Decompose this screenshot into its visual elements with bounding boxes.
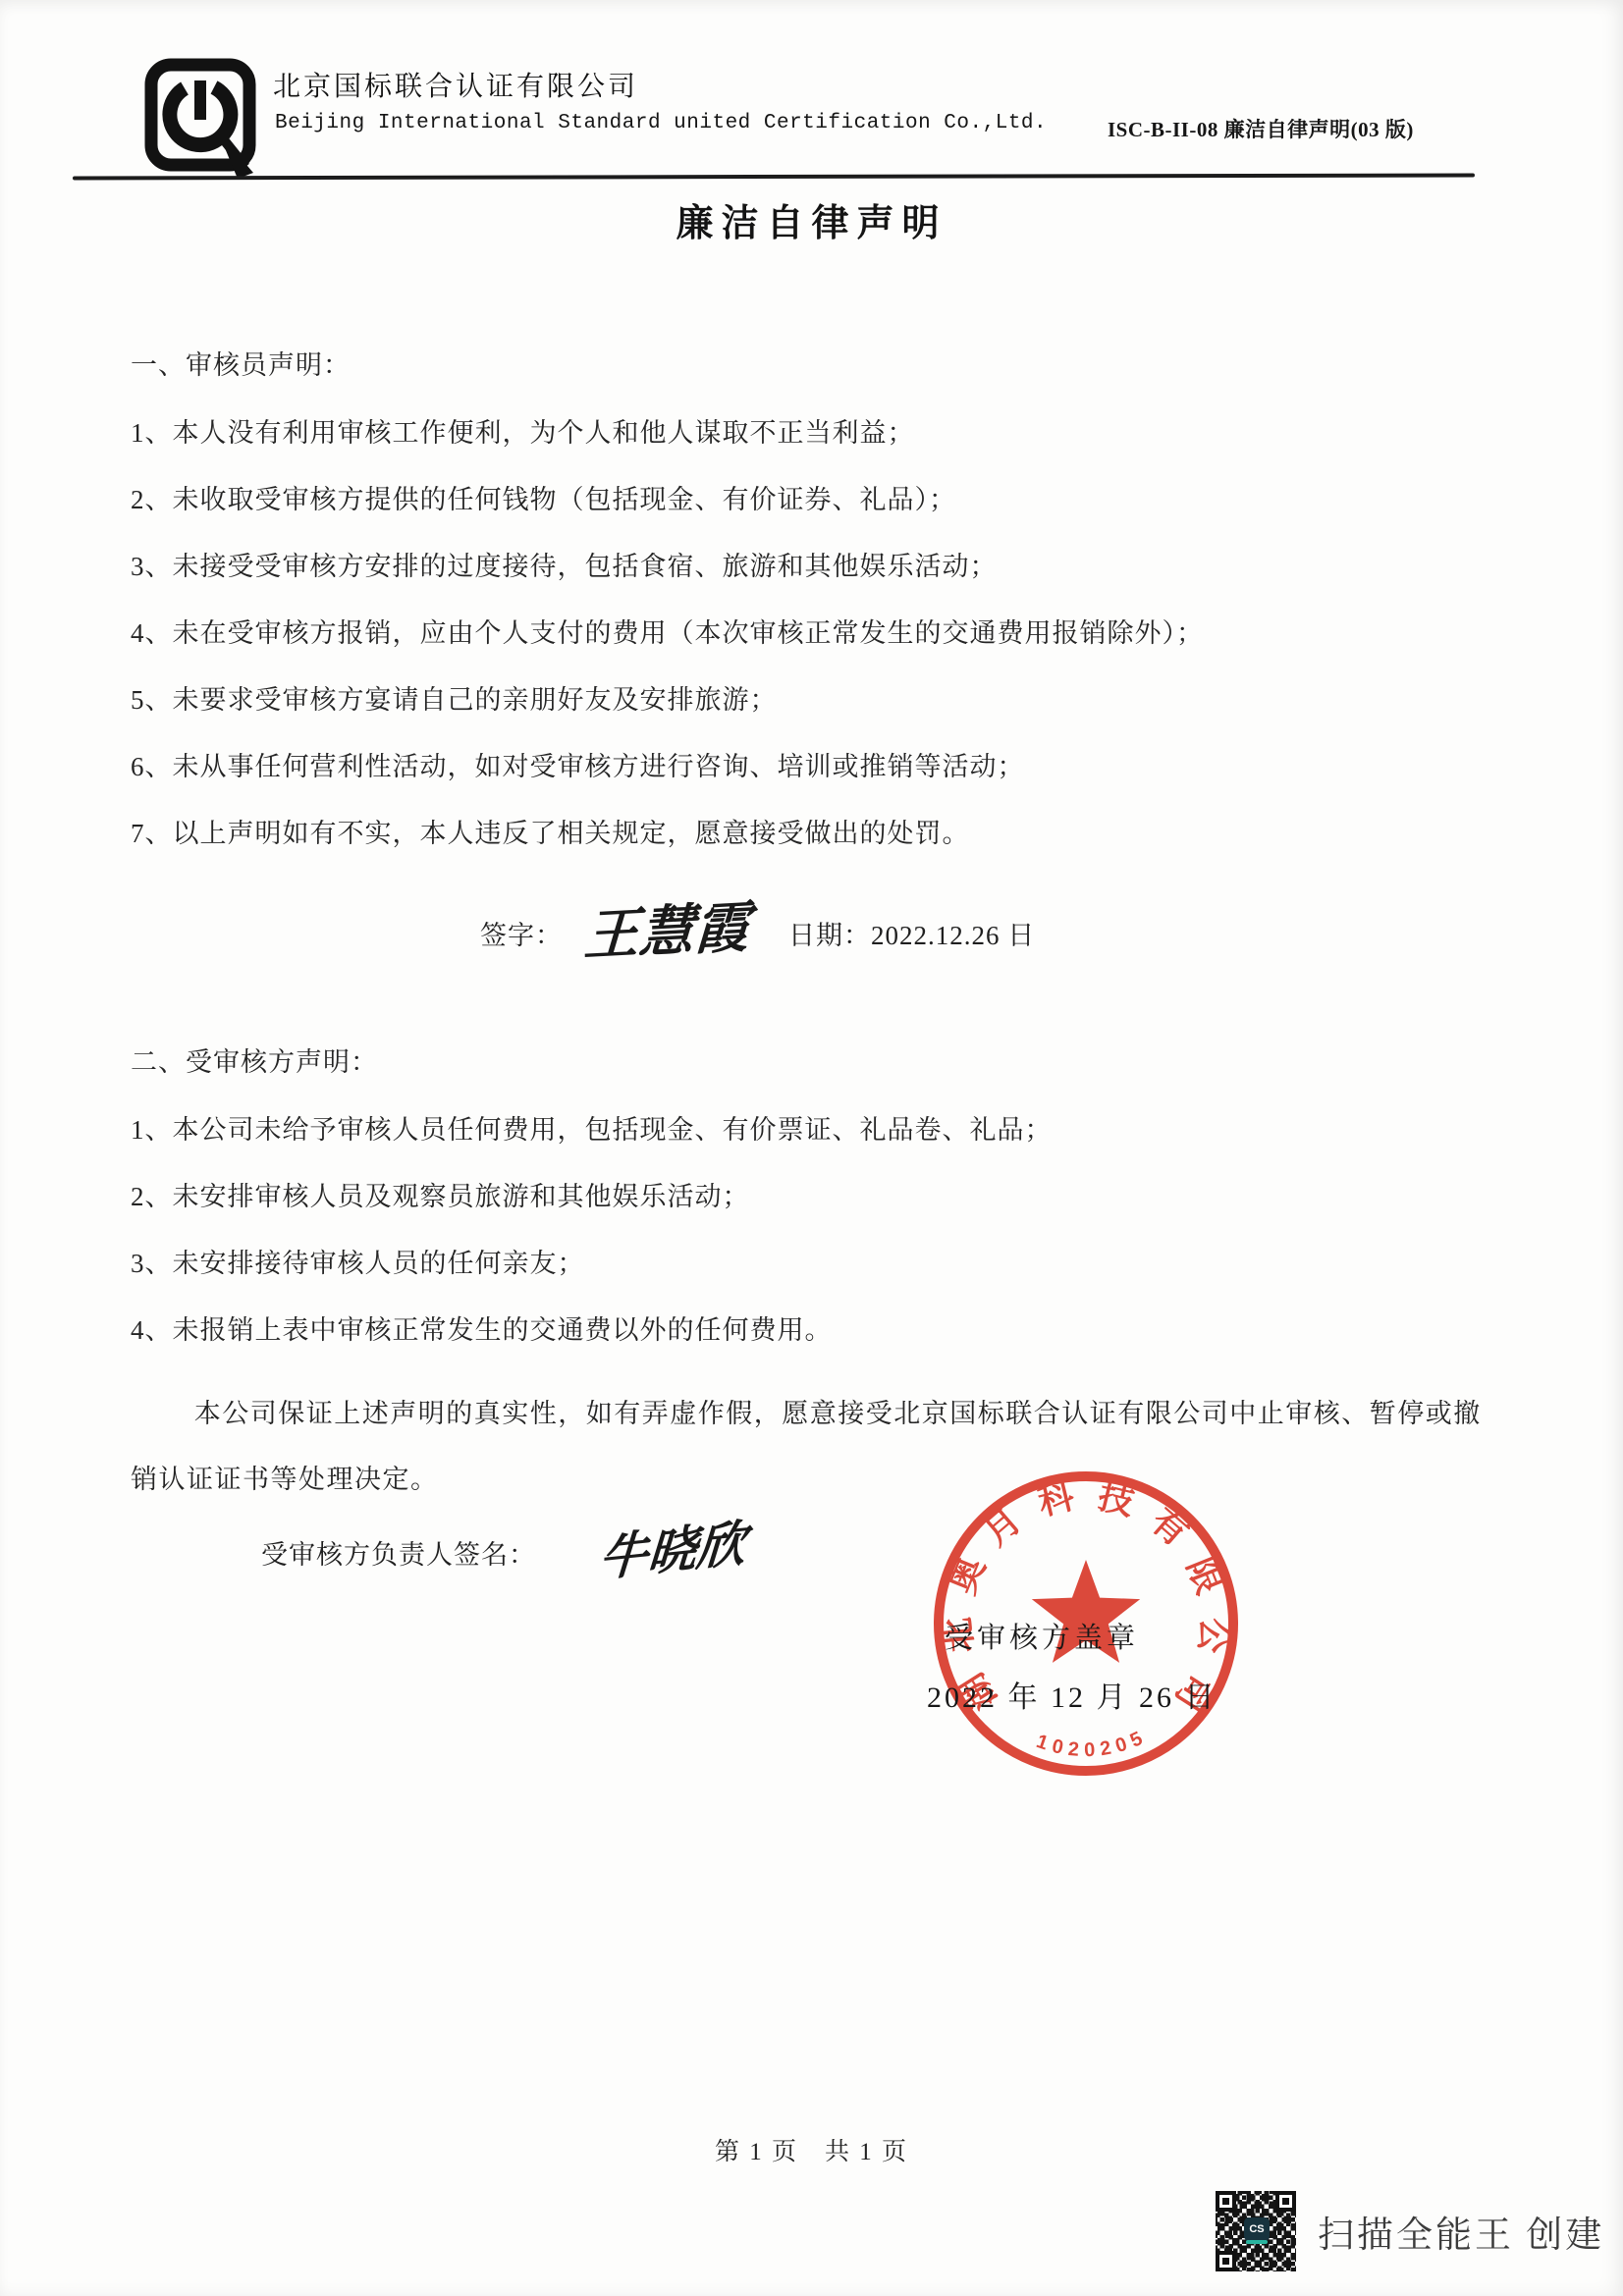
declaration-item: 2、未安排审核人员及观察员旅游和其他娱乐活动； [131, 1181, 1495, 1212]
stamp-date: 2022 年 12 月 26 日 [927, 1673, 1217, 1716]
page-footer: 第 1 页 共 1 页 [0, 2132, 1623, 2167]
signature-date: 日期：2022.12.26 日 [788, 914, 1035, 952]
scanner-watermark: CS 扫描全能王 创建 [1216, 2191, 1604, 2271]
doc-code: ISC-B-II-08 廉洁自律声明(03 版) [1108, 114, 1414, 143]
declaration-item: 2、未收取受审核方提供的任何钱物（包括现金、有价证券、礼品）； [131, 484, 1495, 515]
scanned-document-page: 北京国标联合认证有限公司 Beijing International Stand… [0, 0, 1623, 2296]
section-heading: 二、受审核方声明： [131, 1041, 1495, 1079]
section-auditee-declaration: 二、受审核方声明： 1、本公司未给予审核人员任何费用，包括现金、有价票证、礼品卷… [131, 1041, 1495, 1513]
handwritten-signature-auditor: 王慧霞 [582, 883, 751, 971]
auditor-signature-row: 签字： 王慧霞 日期：2022.12.26 日 [480, 888, 1035, 977]
auditee-signature-label: 受审核方负责人签名： [261, 1533, 536, 1572]
company-name-en: Beijing International Standard united Ce… [275, 112, 1047, 134]
stamp-overlay-label: 受审核方盖章 [945, 1616, 1139, 1656]
camscanner-qr-code: CS [1216, 2191, 1296, 2271]
qr-finder-icon [1216, 2191, 1236, 2212]
declaration-item: 4、未报销上表中审核正常发生的交通费以外的任何费用。 [131, 1314, 1495, 1346]
qr-center-badge: CS [1244, 2217, 1270, 2241]
declaration-item: 1、本公司未给予审核人员任何费用，包括现金、有价票证、礼品卷、礼品； [131, 1114, 1495, 1146]
declaration-item: 3、未安排接待审核人员的任何亲友； [131, 1248, 1495, 1279]
commitment-paragraph: 本公司保证上述声明的真实性，如有弄虚作假，愿意接受北京国标联合认证有限公司中止审… [131, 1381, 1486, 1513]
company-name-cn: 北京国标联合认证有限公司 [273, 65, 638, 104]
declaration-item: 7、以上声明如有不实，本人违反了相关规定，愿意接受做出的处罚。 [131, 818, 1495, 849]
page-title: 廉洁自律声明 [0, 192, 1623, 246]
handwritten-signature-auditee: 牛晓欣 [597, 1504, 748, 1591]
section-heading: 一、审核员声明： [131, 344, 1495, 382]
qr-finder-icon [1275, 2191, 1296, 2212]
declaration-item: 6、未从事任何营利性活动，如对受审核方进行咨询、培训或推销等活动； [131, 751, 1495, 782]
declaration-item: 4、未在受审核方报销，应由个人支付的费用（本次审核正常发生的交通费用报销除外）； [131, 617, 1495, 649]
section-auditor-declaration: 一、审核员声明： 1、本人没有利用审核工作便利，为个人和他人谋取不正当利益； 2… [131, 344, 1495, 884]
auditee-signature-row: 受审核方负责人签名： 牛晓欣 [261, 1533, 746, 1582]
header-rule [73, 174, 1475, 181]
declaration-item: 5、未要求受审核方宴请自己的亲朋好友及安排旅游； [131, 684, 1495, 716]
signature-label: 签字： [480, 914, 563, 952]
qr-finder-icon [1216, 2251, 1236, 2271]
camscanner-text: 扫描全能王 创建 [1318, 2205, 1604, 2258]
declaration-item: 1、本人没有利用审核工作便利，为个人和他人谋取不正当利益； [131, 417, 1495, 449]
declaration-item: 3、未接受受审核方安排的过度接待，包括食宿、旅游和其他娱乐活动； [131, 551, 1495, 582]
